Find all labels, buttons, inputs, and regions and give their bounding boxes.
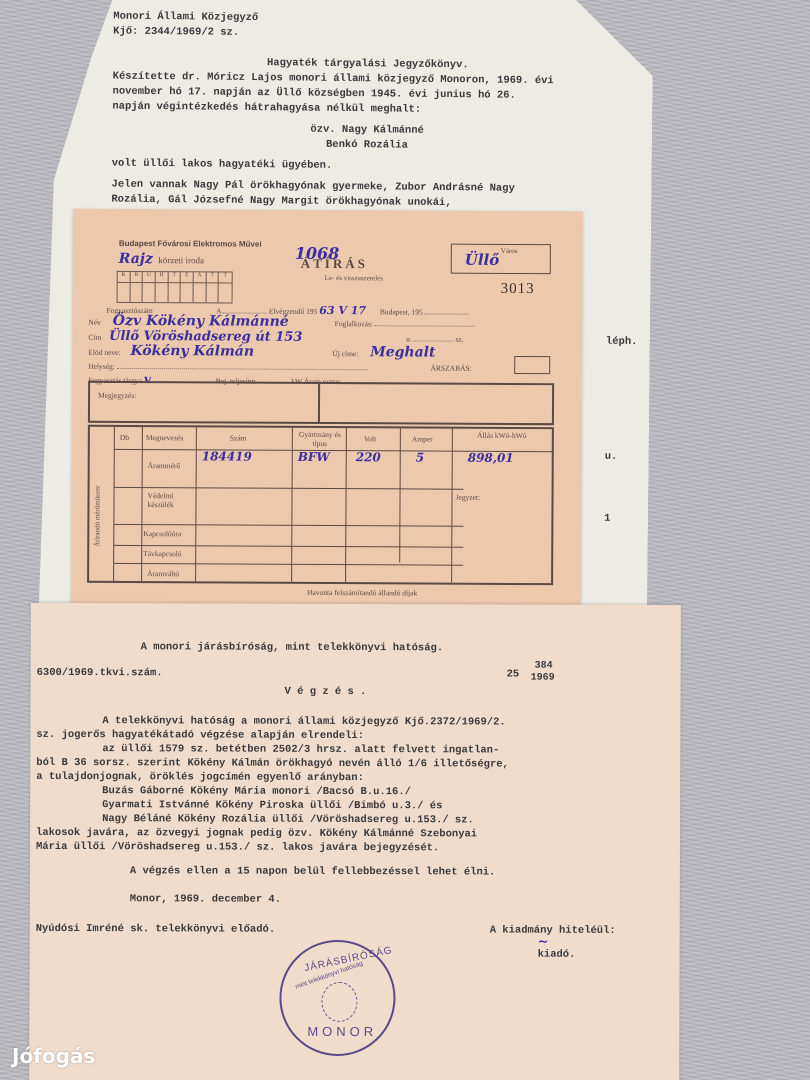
kbu-cell [194, 282, 207, 302]
street-label: u. [406, 334, 412, 343]
meter-number: 184419 [202, 449, 252, 463]
row-predecessor: Elöd neve: Kökény Kálmán Új címe: Meghal… [88, 343, 435, 361]
name-handwritten: Özv Kökény Kálmánné [113, 313, 333, 330]
row-locality: Helység: ÁRSZABÁS: [88, 361, 472, 373]
protocol-text: Monori Állami Közjegyző Kjő: 2344/1969/2… [111, 10, 623, 228]
occupation-label: Foglalkozás: [335, 319, 373, 328]
stamp-bottom-text: MONOR [307, 1024, 377, 1039]
case-number: 6300/1969.tkvi.szám. [37, 667, 163, 679]
form-title: ÁTÍRÁS [301, 256, 368, 272]
meter-header: Amper [412, 434, 433, 443]
city-handwritten: Üllő [465, 251, 500, 269]
kbu-cell [168, 282, 181, 302]
kbu-header: K [118, 272, 131, 282]
kbu-header: E [181, 272, 194, 282]
form-number: 3013 [501, 281, 535, 298]
decision-line: sz. jogerős hagyatékátadó végzése alapjá… [36, 729, 364, 742]
form-office-label: körzeti iroda [158, 255, 204, 265]
meter-table: Átírandó mérőműszer Db Megnevezés Szám G… [87, 425, 554, 585]
new-address-handwritten: Meghalt [370, 344, 435, 360]
decision-line: Gyarmati Istvánné Kökény Piroska üllői /… [102, 799, 442, 812]
meter-header: Volt [364, 434, 376, 443]
protocol-fragment: u. [605, 451, 618, 463]
decision-line: a tulajdonjognak, öröklés jogcímén egyen… [36, 771, 364, 784]
kbu-cell [130, 282, 143, 302]
name-label: Név [88, 318, 101, 327]
meter-reading: 898,01 [468, 451, 514, 465]
kbu-grid: K B U H T E A T T [117, 271, 233, 304]
decision-line: az üllői 1579 sz. betétben 2502/3 hrsz. … [102, 743, 499, 756]
note-label: Jegyzet: [456, 493, 481, 502]
remark-box: Megjegyzés: [88, 381, 554, 425]
appeal-line: A végzés ellen a 15 napon belül fellebbe… [130, 865, 496, 878]
kbu-header: U [143, 272, 156, 282]
address-label: Cím [88, 333, 101, 342]
court-header: A monori járásbíróság, mint telekkönyvi … [141, 641, 443, 654]
kbu-header: T [219, 272, 232, 282]
meter-row-name: Védelmi készülék [147, 491, 193, 509]
ref-top: 384 [535, 661, 553, 672]
decision-line: ból B 36 sorsz. szerint Kökény Kálmán ör… [36, 757, 509, 771]
kbu-header: T [168, 272, 181, 282]
kbu-cell [156, 282, 169, 302]
kbu-header: A [194, 272, 207, 282]
form-subtitle: Le- és visszaszerelés [325, 274, 383, 282]
handwritten-signature: ~ [538, 935, 549, 950]
protocol-fragment: 1 [604, 513, 610, 525]
tariff-box [514, 356, 550, 374]
signatory: Nyúdósi Imréné sk. telekkönyvi előadó. [36, 923, 275, 936]
place-date: Monor, 1969. december 4. [130, 893, 281, 906]
court-decision-sheet: A monori járásbíróság, mint telekkönyvi … [29, 603, 681, 1080]
meter-header: Megnevezés [146, 433, 184, 442]
decision-line: Mária üllői /Vöröshadsereg u.153./ sz. l… [36, 841, 439, 854]
electricity-transfer-form: Budapest Fővárosi Elektromos Művei Rajz … [71, 209, 583, 607]
tariff-label: ÁRSZABÁS: [430, 364, 471, 373]
meter-side-label: Átírandó mérőműszer [93, 486, 101, 547]
decision-line: Nagy Béláné Kökény Rozália üllői /Vörösh… [102, 813, 474, 826]
coat-of-arms-icon [321, 982, 357, 1022]
decision-title: V é g z é s . [285, 686, 367, 698]
form-organization: Budapest Fővárosi Elektromos Művei [119, 239, 262, 249]
decision-line: Buzás Gáborné Kökény Mária monori /Bacsó… [102, 785, 411, 798]
ref-left: 25 [507, 669, 520, 681]
new-address-label: Új címe: [332, 349, 358, 358]
certification: A kiadmány hiteléül: [490, 924, 616, 936]
kbu-cell [219, 282, 232, 302]
kbu-header: B [130, 272, 143, 282]
monthly-fees-label: Havonta felszámítandó állandó díjak [307, 588, 417, 598]
meter-row-name: Árammérő [148, 461, 181, 470]
kbu-header: H [156, 272, 169, 282]
meter-row-name: Távkapcsoló [143, 549, 181, 558]
city-label: Város [501, 247, 518, 255]
meter-header: Gyártmány és típus [296, 430, 344, 448]
meter-header: Állás kWó-hWó [462, 431, 542, 440]
meter-amper: 5 [416, 450, 424, 464]
predecessor-label: Elöd neve: [88, 348, 120, 357]
meter-row-name: Kapcsolóóra [143, 529, 181, 538]
form-office-row: Rajz körzeti iroda [119, 251, 204, 267]
meter-make: BFW [298, 450, 330, 464]
jofogas-watermark-logo: Jófogás [12, 1044, 95, 1068]
remark-label: Megjegyzés: [98, 391, 136, 400]
meter-header: Szám [230, 433, 247, 442]
meter-row-name: Áramváltó [147, 569, 179, 578]
court-stamp: JÁRÁSBÍRÓSÁG mint telekkönyvi hatóság MO… [279, 940, 395, 1056]
number-label: sz. [455, 335, 463, 344]
form-office-handwritten: Rajz [119, 251, 153, 267]
kbu-header: T [206, 272, 219, 282]
kbu-cell [206, 282, 219, 302]
predecessor-handwritten: Kökény Kálmán [130, 343, 330, 360]
decision-line: A telekkönyvi hatóság a monori állami kö… [102, 715, 505, 728]
ref-bottom: 1969 [531, 673, 555, 684]
kbu-cell [143, 282, 156, 302]
issuer: kiadó. [538, 949, 576, 961]
locality-label: Helység: [88, 362, 115, 371]
kbu-cell [181, 282, 194, 302]
meter-header: Db [120, 433, 129, 442]
meter-volt: 220 [356, 450, 381, 464]
kbu-cell [118, 282, 131, 302]
protocol-fragment: léph. [606, 336, 638, 348]
decision-line: lakosok javára, az özvegyi jognak pedig … [36, 827, 477, 841]
